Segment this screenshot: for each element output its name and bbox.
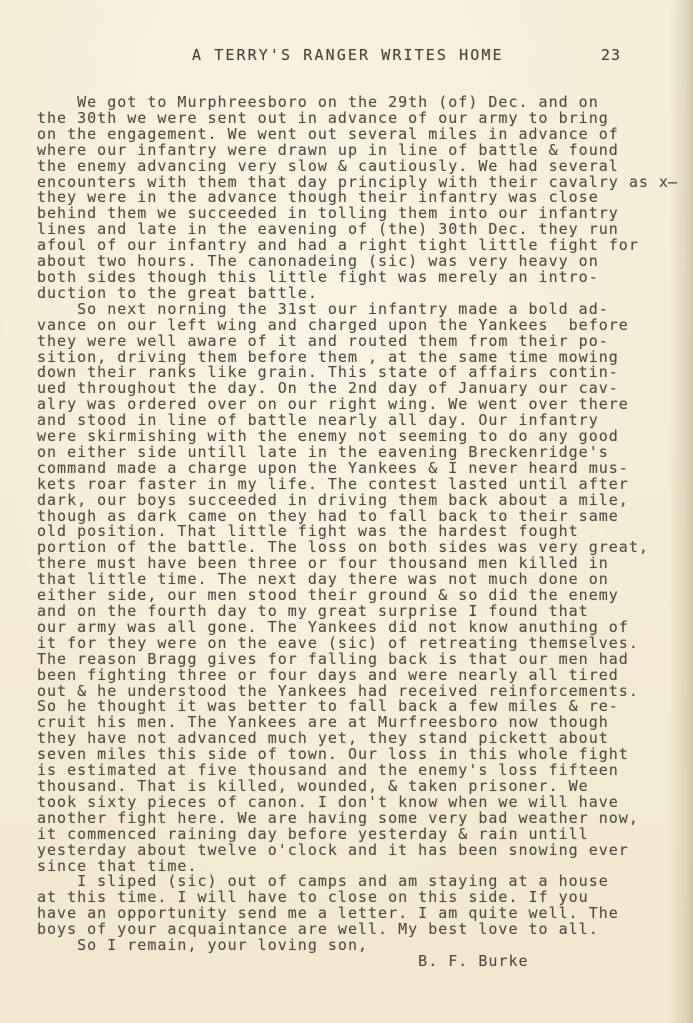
typewritten-letter-page: A TERRY'S RANGER WRITES HOME 23 We got t…	[0, 0, 693, 1023]
page-title: A TERRY'S RANGER WRITES HOME	[192, 46, 504, 64]
page-number: 23	[601, 46, 621, 64]
page-header: A TERRY'S RANGER WRITES HOME 23	[0, 46, 693, 64]
letter-body-text: We got to Murphreesboro on the 29th (of)…	[37, 95, 678, 970]
